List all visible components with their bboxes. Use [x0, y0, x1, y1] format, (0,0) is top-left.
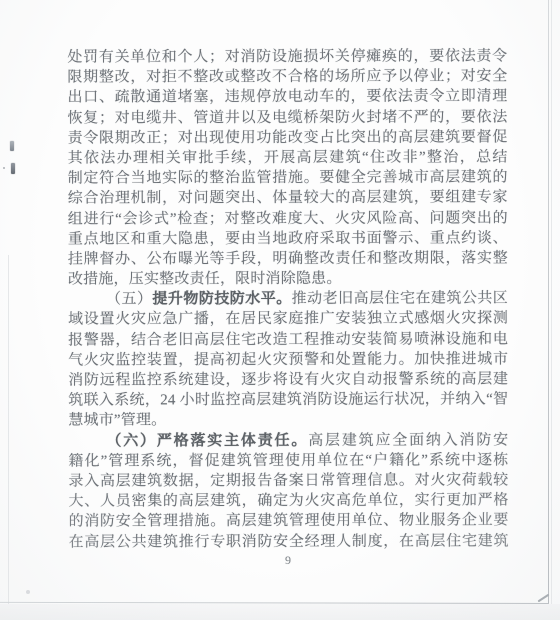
text-line: 综合治理机制，对问题突出、体量较大的高层建筑，要组建专家: [68, 188, 508, 209]
text-line: 籍化”管理系统，督促建筑管理使用单位在“户籍化”系统中逐栋: [68, 450, 508, 471]
body-text: 出口、疏散通道堵塞，违规停放电动车的，要依法责令立即清理: [67, 89, 507, 106]
text-line: （六）严格落实主体责任。高层建筑应全面纳入消防安全“户: [68, 430, 508, 451]
page-edge-left-shadow: [8, 255, 9, 604]
body-text: 气火灾监控装置，提高初起火灾预警和处置能力。加快推进城市: [68, 351, 508, 368]
body-text: 的消防安全管理措施。高层建筑管理使用单位、物业服务企业要: [69, 513, 509, 530]
body-text: 在高层公共建筑推行专职消防安全经理人制度，在高层住宅建筑: [69, 533, 509, 550]
text-line: 报警器，结合老旧高层住宅改造工程推动安装简易喷淋设施和电: [68, 329, 508, 350]
left-margin-speck: [3, 167, 5, 169]
left-margin-scan-mark: [11, 163, 15, 174]
body-text: 制定符合当地实际的整治监管措施。要健全完善城市高层建筑的: [68, 170, 508, 187]
body-text: 其依法办理相关审批手续，开展高层建筑“住改非”整治，总结: [68, 149, 508, 166]
text-line: 录入高层建筑数据，定期报告备案日常管理信息。对火灾荷载较: [68, 470, 508, 491]
body-text: 筑联入系统，24 小时监控高层建筑消防设施运行状况，并纳入“智: [68, 392, 508, 409]
body-text: 慧城市”管理。: [68, 413, 166, 429]
bottom-left-speck: [26, 590, 30, 594]
body-text: 大、人员密集的高层建筑，确定为火灾高危单位，实行更加严格: [69, 493, 509, 510]
body-text: 改措施，压实整改责任，限时消除隐患。: [68, 271, 342, 288]
body-text: 推动老旧高层住宅在建筑公共区: [292, 291, 508, 308]
text-line: 责令限期改正；对出现使用功能改变占比突出的高层建筑要督促: [68, 127, 508, 148]
body-text: 消防远程监控系统建设，逐步将设有火灾自动报警系统的高层建: [68, 371, 508, 388]
text-line: 消防远程监控系统建设，逐步将设有火灾自动报警系统的高层建: [68, 369, 508, 390]
text-line: 重点地区和重大隐患，要由当地政府采取书面警示、重点约谈、: [68, 228, 508, 249]
document-text-body: 处罚有关单位和个人；对消防设施损坏关停瘫痪的，要依法责令限期整改，对拒不整改或整…: [67, 46, 508, 552]
body-text: 重点地区和重大隐患，要由当地政府采取书面警示、重点约谈、: [68, 230, 508, 247]
body-text: 处罚有关单位和个人；对消防设施损坏关停瘫痪的，要依法责令: [67, 48, 507, 65]
body-text: 综合治理机制，对问题突出、体量较大的高层建筑，要组建专家: [68, 190, 508, 207]
text-line: 限期整改，对拒不整改或整改不合格的场所应予以停业；对安全: [67, 67, 507, 88]
left-margin-scan-mark: [10, 141, 14, 151]
text-line: 在高层公共建筑推行专职消防安全经理人制度，在高层住宅建筑: [69, 531, 509, 552]
body-text: 录入高层建筑数据，定期报告备案日常管理信息。对火灾荷载较: [68, 472, 508, 489]
body-text: 报警器，结合老旧高层住宅改造工程推动安装简易喷淋设施和电: [68, 331, 508, 348]
body-text: 限期整改，对拒不整改或整改不合格的场所应予以停业；对安全: [67, 69, 507, 86]
text-line: 气火灾监控装置，提高初起火灾预警和处置能力。加快推进城市: [68, 349, 508, 370]
text-line: （五）提升物防技防水平。推动老旧高层住宅在建筑公共区: [68, 289, 508, 310]
scanned-document-page: 处罚有关单位和个人；对消防设施损坏关停瘫痪的，要依法责令限期整改，对拒不整改或整…: [0, 0, 560, 620]
page-number: 9: [68, 553, 508, 568]
text-line: 的消防安全管理措施。高层建筑管理使用单位、物业服务企业要: [69, 511, 509, 532]
text-line: 大、人员密集的高层建筑，确定为火灾高危单位，实行更加严格: [69, 491, 509, 512]
body-text: 责令限期改正；对出现使用功能改变占比突出的高层建筑要督促: [68, 129, 508, 146]
body-text: 籍化”管理系统，督促建筑管理使用单位在“户籍化”系统中逐栋: [68, 452, 508, 469]
page-edge-right-shadow: [551, 0, 552, 604]
text-line: 出口、疏散通道堵塞，违规停放电动车的，要依法责令立即清理: [67, 87, 507, 108]
section-heading-text: 严格落实主体责任。: [157, 433, 308, 449]
text-line: 筑联入系统，24 小时监控高层建筑消防设施运行状况，并纳入“智: [68, 390, 508, 411]
section-heading-text: （六）: [106, 433, 156, 449]
text-line: 慧城市”管理。: [68, 410, 508, 431]
body-text: （五）: [106, 292, 152, 308]
body-text: 恢复；对电缆井、管道井以及电缆桥架防火封堵不严的，要依法: [68, 109, 508, 126]
section-heading-text: 提升物防技防水平。: [152, 291, 291, 307]
text-line: 域设置火灾应急广播，在居民家庭推广安装独立式感烟火灾探测: [68, 309, 508, 330]
body-text: 域设置火灾应急广播，在居民家庭推广安装独立式感烟火灾探测: [68, 311, 508, 328]
page-edge-right-line: [548, 0, 549, 604]
body-text: 组进行“会诊式”检查；对整改难度大、火灾风险高、问题突出的: [68, 210, 508, 227]
text-line: 组进行“会诊式”检查；对整改难度大、火灾风险高、问题突出的: [68, 208, 508, 229]
text-line: 改措施，压实整改责任，限时消除隐患。: [68, 268, 508, 289]
text-line: 处罚有关单位和个人；对消防设施损坏关停瘫痪的，要依法责令: [67, 46, 507, 67]
scanner-background: [0, 604, 560, 620]
text-line: 挂牌督办、公布曝光等手段，明确整改责任和整改期限，落实整: [68, 248, 508, 269]
text-line: 制定符合当地实际的整治监管措施。要健全完善城市高层建筑的: [68, 168, 508, 189]
body-text: 挂牌督办、公布曝光等手段，明确整改责任和整改期限，落实整: [68, 250, 508, 267]
text-line: 其依法办理相关审批手续，开展高层建筑“住改非”整治，总结: [68, 147, 508, 168]
text-line: 恢复；对电缆井、管道井以及电缆桥架防火封堵不严的，要依法: [67, 107, 507, 128]
